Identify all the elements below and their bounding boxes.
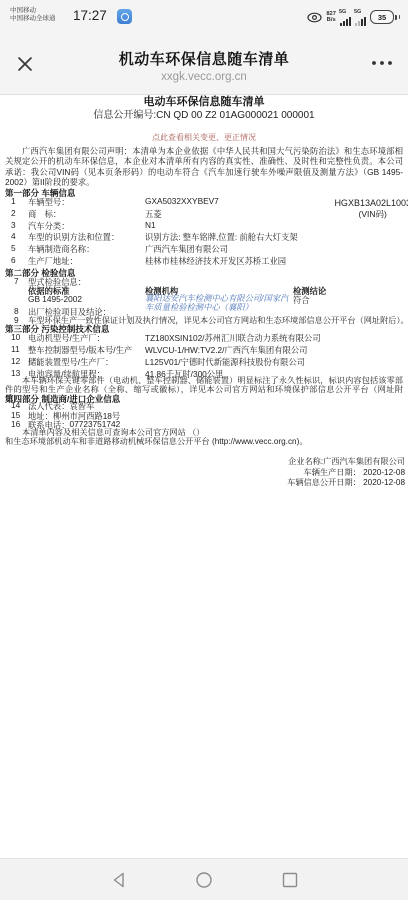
table-row: 6生产厂地址：桂林市桂林经济技术开发区苏桥工业园 bbox=[0, 255, 408, 267]
carrier-line2: 中国移动全球通 bbox=[10, 15, 56, 23]
section3-rows: 10电动机型号/生产厂：TZ180XSIN102/苏州汇川联合动力系统有限公司 … bbox=[0, 332, 408, 380]
battery-nub bbox=[395, 15, 397, 20]
status-icons: 827 B/s 5G 5G 35 bbox=[307, 6, 400, 28]
sim1-network-label: 5G bbox=[339, 9, 346, 15]
signal-sim1-icon: 5G bbox=[340, 9, 351, 26]
battery-charging-tick bbox=[399, 15, 401, 19]
manufacturer-declaration: 广西汽车集团有限公司声明：本清单为本企业依据《中华人民共和国大气污染防治法》和生… bbox=[5, 146, 403, 187]
website-note-line2: 和生态环境部机动车和非道路移动机械环保信息公开平台 (http://www.ve… bbox=[5, 436, 308, 447]
footer-production-date: 车辆生产日期： 2020-12-08 bbox=[287, 468, 405, 479]
vin-number: HGXB13A02L1003 bbox=[334, 198, 408, 209]
page-title: 机动车环保信息随车清单 bbox=[54, 48, 354, 69]
page-url: xxgk.vecc.org.cn bbox=[54, 71, 354, 83]
footer-publish-date: 车辆信息公开日期： 2020-12-08 bbox=[287, 478, 405, 489]
vin-block: HGXB13A02L1003 (VIN码) bbox=[334, 198, 408, 220]
document-number: 信息公开编号:CN QD 00 Z2 01AG000021 000001 bbox=[0, 106, 408, 121]
document-footer: 企业名称:广西汽车集团有限公司 车辆生产日期： 2020-12-08 车辆信息公… bbox=[287, 457, 405, 489]
section4-rows: 14法人代表：袁智军 15地址：柳州市河西路18号 16联系电话：0772375… bbox=[0, 400, 408, 429]
footer-company: 企业名称:广西汽车集团有限公司 bbox=[287, 457, 405, 468]
network-speed: 827 B/s bbox=[326, 11, 336, 24]
recents-icon[interactable] bbox=[281, 871, 299, 889]
table-row: 11整车控制器型号/版本号/生产厂：WLVCU-1/HW:TV2.2/广西汽车集… bbox=[0, 344, 408, 356]
top-chrome: 中国移动 中国移动全球通 17:27 827 B/s 5G 5G 35 bbox=[0, 0, 408, 95]
home-icon[interactable] bbox=[195, 871, 213, 889]
back-icon[interactable] bbox=[110, 871, 128, 889]
speed-unit: B/s bbox=[326, 17, 336, 24]
eye-protection-icon bbox=[307, 12, 322, 23]
table-row: 4车型的识别方法和位置：识别方法: 整车铭牌,位置: 前舱右大灯支架 bbox=[0, 231, 408, 243]
carrier-line1: 中国移动 bbox=[10, 7, 56, 15]
phone-screen: 中国移动 中国移动全球通 17:27 827 B/s 5G 5G 35 bbox=[0, 0, 408, 900]
inspection-agency-link[interactable]: 襄阳达安汽车检测中心有限公司/国家汽车质量检验检测中心（襄阳） bbox=[145, 294, 289, 313]
inspection-standard: GB 1495-2002 bbox=[28, 294, 82, 304]
android-nav-bar bbox=[0, 858, 408, 900]
table-row: 12储能装置型号/生产厂：L125V01/宁德时代新能源科技股份有限公司 bbox=[0, 356, 408, 368]
table-row: 14法人代表：袁智军 bbox=[0, 400, 408, 410]
clock: 17:27 bbox=[73, 8, 107, 23]
row7-number: 7 bbox=[14, 276, 19, 286]
table-row: 3汽车分类：N1 bbox=[0, 220, 408, 232]
battery-icon: 35 bbox=[370, 10, 400, 24]
table-row: 15地址：柳州市河西路18号 bbox=[0, 410, 408, 420]
battery-level: 35 bbox=[370, 10, 394, 24]
more-menu-icon[interactable] bbox=[370, 56, 394, 70]
change-record-link[interactable]: 点此查看相关变更、更正情况 bbox=[0, 132, 408, 143]
signal-sim2-icon: 5G bbox=[355, 9, 366, 26]
table-row: 10电动机型号/生产厂：TZ180XSIN102/苏州汇川联合动力系统有限公司 bbox=[0, 332, 408, 344]
vin-caption: (VIN码) bbox=[334, 209, 408, 220]
notification-app-icon bbox=[117, 9, 132, 24]
inspection-result: 符合 bbox=[293, 294, 310, 306]
table-row: 5车辆制造商名称：广西汽车集团有限公司 bbox=[0, 243, 408, 255]
sim2-network-label: 5G bbox=[354, 9, 361, 15]
pin-glyph bbox=[121, 13, 129, 21]
close-icon[interactable] bbox=[16, 55, 34, 73]
carrier-labels: 中国移动 中国移动全球通 bbox=[10, 7, 56, 23]
